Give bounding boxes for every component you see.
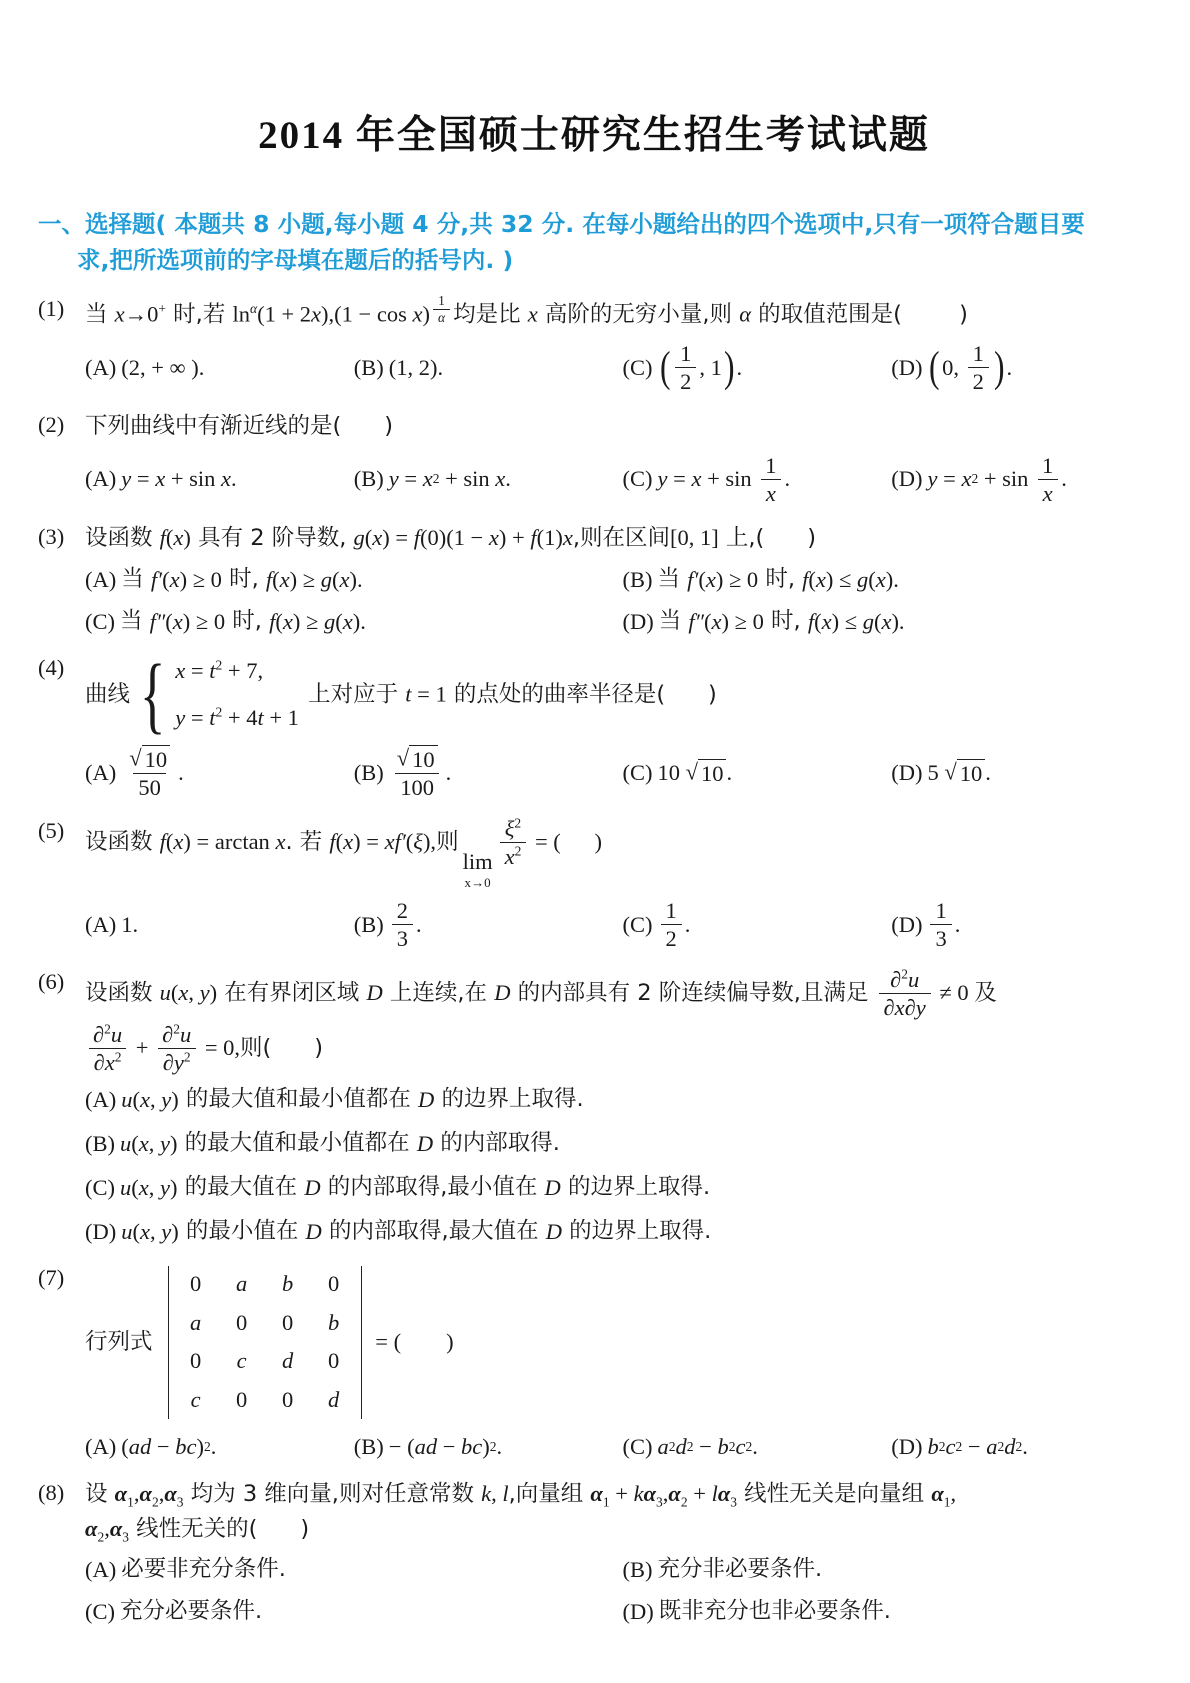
question-stem: 当 x→0+ 时,若 lnα(1 + 2x),(1 − cos x)1α均是比 …	[85, 293, 1150, 332]
option-d: (D)y = x2 + sin 1x.	[891, 452, 1150, 507]
option-label: (A)	[85, 757, 116, 789]
options: (A)(2, + ∞ ).(B)(1, 2).(C)(12, 1).(D)(0,…	[38, 340, 1150, 395]
option-text: y = x2 + sin x.	[389, 463, 511, 495]
option-label: (A)	[85, 564, 116, 596]
option-label: (B)	[85, 1128, 115, 1160]
option-label: (A)	[85, 1084, 116, 1116]
question-stem: 设函数 u(x, y) 在有界闭区域 D 上连续,在 D 的内部具有 2 阶连续…	[85, 966, 1150, 1076]
determinant: 0ab0a00b0cd0c00d	[168, 1266, 362, 1419]
page-title: 2014 年全国硕士研究生招生考试试题	[38, 104, 1150, 160]
option-d: (D)u(x, y) 的最小值在 D 的内部取得,最大值在 D 的边界上取得.	[85, 1216, 1150, 1248]
option-b: (B)充分非必要条件.	[623, 1554, 1151, 1586]
option-label: (B)	[623, 1554, 653, 1586]
option-label: (D)	[891, 352, 922, 384]
option-label: (C)	[85, 1172, 115, 1204]
section-header-line1: 一、选择题( 本题共 8 小题,每小题 4 分,共 32 分. 在每小题给出的四…	[38, 206, 1150, 242]
option-c: (C)10 √10.	[623, 745, 882, 801]
options: (A)(ad − bc)2.(B)− (ad − bc)2.(C)a2d2 − …	[38, 1431, 1150, 1463]
options: (A)√1050.(B)√10100.(C)10 √10.(D)5 √10.	[38, 745, 1150, 801]
option-text: √10100.	[389, 745, 451, 801]
option-c: (C)12.	[623, 897, 882, 952]
option-b: (B)23.	[354, 897, 613, 952]
option-a: (A)√1050.	[85, 745, 344, 801]
option-label: (B)	[354, 352, 384, 384]
option-label: (A)	[85, 352, 116, 384]
option-label: (C)	[85, 1596, 115, 1628]
question-number: (7)	[38, 1262, 85, 1294]
option-text: 当 f′(x) ≥ 0 时, f(x) ≤ g(x).	[658, 564, 899, 596]
option-text: 当 f″(x) ≥ 0 时, f(x) ≤ g(x).	[659, 606, 905, 638]
option-text: 13.	[927, 897, 960, 952]
option-text: u(x, y) 的最大值和最小值都在 D 的内部取得.	[120, 1128, 560, 1160]
question-number: (6)	[38, 966, 85, 998]
option-text: u(x, y) 的最大值和最小值都在 D 的边界上取得.	[121, 1084, 583, 1116]
option-label: (C)	[623, 463, 653, 495]
option-text: (0, 12).	[927, 340, 1012, 395]
option-text: − (ad − bc)2.	[389, 1431, 502, 1463]
section-header-line2: 求,把所选项前的字母填在题后的括号内. )	[38, 242, 1150, 278]
option-text: 5 √10.	[927, 757, 990, 789]
option-label: (C)	[623, 1431, 653, 1463]
option-b: (B)(1, 2).	[354, 340, 613, 395]
option-text: b2c2 − a2d2.	[927, 1431, 1027, 1463]
question-stem: 曲线{x = t2 + 7,y = t2 + 4t + 1 上对应于 t = 1…	[85, 652, 1150, 738]
cases-brace: {	[140, 659, 166, 730]
option-label: (A)	[85, 1554, 116, 1586]
question-number: (8)	[38, 1477, 85, 1509]
question-4: (4) 曲线{x = t2 + 7,y = t2 + 4t + 1 上对应于 t…	[38, 652, 1150, 802]
option-text: y = x + sin 1x.	[658, 452, 791, 507]
option-label: (A)	[85, 1431, 116, 1463]
option-b: (B)u(x, y) 的最大值和最小值都在 D 的内部取得.	[85, 1128, 1150, 1160]
option-d: (D)b2c2 − a2d2.	[891, 1431, 1150, 1463]
question-number: (1)	[38, 293, 85, 325]
option-text: (ad − bc)2.	[121, 1431, 216, 1463]
option-label: (D)	[891, 1431, 922, 1463]
option-a: (A)当 f′(x) ≥ 0 时, f(x) ≥ g(x).	[85, 564, 613, 596]
option-label: (D)	[891, 757, 922, 789]
question-stem: 下列曲线中有渐近线的是( )	[85, 409, 1150, 444]
option-label: (D)	[623, 1596, 654, 1628]
option-b: (B)− (ad − bc)2.	[354, 1431, 613, 1463]
question-2: (2) 下列曲线中有渐近线的是( ) (A)y = x + sin x.(B)y…	[38, 409, 1150, 507]
option-text: 1.	[121, 909, 138, 941]
option-b: (B)√10100.	[354, 745, 613, 801]
options: (A)y = x + sin x.(B)y = x2 + sin x.(C)y …	[38, 452, 1150, 507]
option-c: (C)充分必要条件.	[85, 1596, 613, 1628]
option-label: (C)	[623, 352, 653, 384]
options: (A)当 f′(x) ≥ 0 时, f(x) ≥ g(x).(B)当 f′(x)…	[38, 564, 1150, 638]
question-6: (6) 设函数 u(x, y) 在有界闭区域 D 上连续,在 D 的内部具有 2…	[38, 966, 1150, 1248]
option-text: 充分非必要条件.	[658, 1554, 823, 1586]
option-label: (D)	[891, 909, 922, 941]
question-number: (4)	[38, 652, 85, 684]
option-a: (A)y = x + sin x.	[85, 452, 344, 507]
option-text: y = x2 + sin 1x.	[927, 452, 1066, 507]
option-a: (A)(ad − bc)2.	[85, 1431, 344, 1463]
option-label: (C)	[623, 757, 653, 789]
options: (A)u(x, y) 的最大值和最小值都在 D 的边界上取得.(B)u(x, y…	[38, 1084, 1150, 1248]
option-label: (D)	[891, 463, 922, 495]
option-d: (D)既非充分也非必要条件.	[623, 1596, 1151, 1628]
option-text: √1050.	[121, 745, 183, 801]
option-text: u(x, y) 的最大值在 D 的内部取得,最小值在 D 的边界上取得.	[120, 1172, 710, 1204]
option-text: y = x + sin x.	[121, 463, 236, 495]
radical-sign: √	[686, 758, 698, 785]
option-c: (C)a2d2 − b2c2.	[623, 1431, 882, 1463]
option-label: (B)	[623, 564, 653, 596]
option-label: (D)	[623, 606, 654, 638]
option-d: (D)13.	[891, 897, 1150, 952]
option-text: 必要非充分条件.	[121, 1554, 286, 1586]
question-number: (2)	[38, 409, 85, 441]
question-5: (5) 设函数 f(x) = arctan x. 若 f(x) = xf′(ξ)…	[38, 815, 1150, 952]
option-text: u(x, y) 的最小值在 D 的内部取得,最大值在 D 的边界上取得.	[121, 1216, 711, 1248]
radical-sign: √	[397, 745, 409, 772]
radical-sign: √	[944, 758, 956, 785]
option-text: (2, + ∞ ).	[121, 352, 204, 384]
option-c: (C)(12, 1).	[623, 340, 882, 395]
option-text: 12.	[658, 897, 691, 952]
option-a: (A)(2, + ∞ ).	[85, 340, 344, 395]
option-text: 既非充分也非必要条件.	[659, 1596, 891, 1628]
option-text: 10 √10.	[658, 757, 733, 789]
question-stem: 行列式 0ab0a00b0cd0c00d = ( )	[85, 1262, 1150, 1423]
section-header: 一、选择题( 本题共 8 小题,每小题 4 分,共 32 分. 在每小题给出的四…	[38, 206, 1150, 279]
options: (A)1.(B)23.(C)12.(D)13.	[38, 897, 1150, 952]
option-d: (D)当 f″(x) ≥ 0 时, f(x) ≤ g(x).	[623, 606, 1151, 638]
option-label: (C)	[85, 606, 115, 638]
question-1: (1) 当 x→0+ 时,若 lnα(1 + 2x),(1 − cos x)1α…	[38, 293, 1150, 395]
question-stem: 设 α1,α2,α3 均为 3 维向量,则对任意常数 k, l,向量组 α1 +…	[85, 1477, 1150, 1547]
option-a: (A)u(x, y) 的最大值和最小值都在 D 的边界上取得.	[85, 1084, 1150, 1116]
question-stem: 设函数 f(x) 具有 2 阶导数, g(x) = f(0)(1 − x) + …	[85, 521, 1150, 556]
option-text: 23.	[389, 897, 422, 952]
option-c: (C)y = x + sin 1x.	[623, 452, 882, 507]
option-d: (D)(0, 12).	[891, 340, 1150, 395]
option-d: (D)5 √10.	[891, 745, 1150, 801]
option-text: (1, 2).	[389, 352, 443, 384]
option-label: (D)	[85, 1216, 116, 1248]
question-stem: 设函数 f(x) = arctan x. 若 f(x) = xf′(ξ),则li…	[85, 815, 1150, 889]
question-8: (8) 设 α1,α2,α3 均为 3 维向量,则对任意常数 k, l,向量组 …	[38, 1477, 1150, 1629]
option-label: (C)	[623, 909, 653, 941]
option-c: (C)当 f″(x) ≥ 0 时, f(x) ≥ g(x).	[85, 606, 613, 638]
question-list: (1) 当 x→0+ 时,若 lnα(1 + 2x),(1 − cos x)1α…	[38, 293, 1150, 1629]
option-a: (A)必要非充分条件.	[85, 1554, 613, 1586]
option-label: (B)	[354, 463, 384, 495]
option-label: (B)	[354, 1431, 384, 1463]
question-number: (5)	[38, 815, 85, 847]
option-label: (B)	[354, 909, 384, 941]
option-b: (B)当 f′(x) ≥ 0 时, f(x) ≤ g(x).	[623, 564, 1151, 596]
option-c: (C)u(x, y) 的最大值在 D 的内部取得,最小值在 D 的边界上取得.	[85, 1172, 1150, 1204]
radical-sign: √	[129, 745, 141, 772]
option-text: (12, 1).	[658, 340, 743, 395]
option-label: (A)	[85, 463, 116, 495]
option-a: (A)1.	[85, 897, 344, 952]
question-7: (7) 行列式 0ab0a00b0cd0c00d = ( ) (A)(ad − …	[38, 1262, 1150, 1463]
option-text: 当 f′(x) ≥ 0 时, f(x) ≥ g(x).	[121, 564, 362, 596]
option-text: 充分必要条件.	[120, 1596, 262, 1628]
exam-page: 2014 年全国硕士研究生招生考试试题 一、选择题( 本题共 8 小题,每小题 …	[0, 104, 1190, 1628]
options: (A)必要非充分条件.(B)充分非必要条件.(C)充分必要条件.(D)既非充分也…	[38, 1554, 1150, 1628]
option-text: a2d2 − b2c2.	[658, 1431, 758, 1463]
question-number: (3)	[38, 521, 85, 553]
option-text: 当 f″(x) ≥ 0 时, f(x) ≥ g(x).	[120, 606, 366, 638]
option-label: (B)	[354, 757, 384, 789]
question-3: (3) 设函数 f(x) 具有 2 阶导数, g(x) = f(0)(1 − x…	[38, 521, 1150, 638]
option-b: (B)y = x2 + sin x.	[354, 452, 613, 507]
option-label: (A)	[85, 909, 116, 941]
